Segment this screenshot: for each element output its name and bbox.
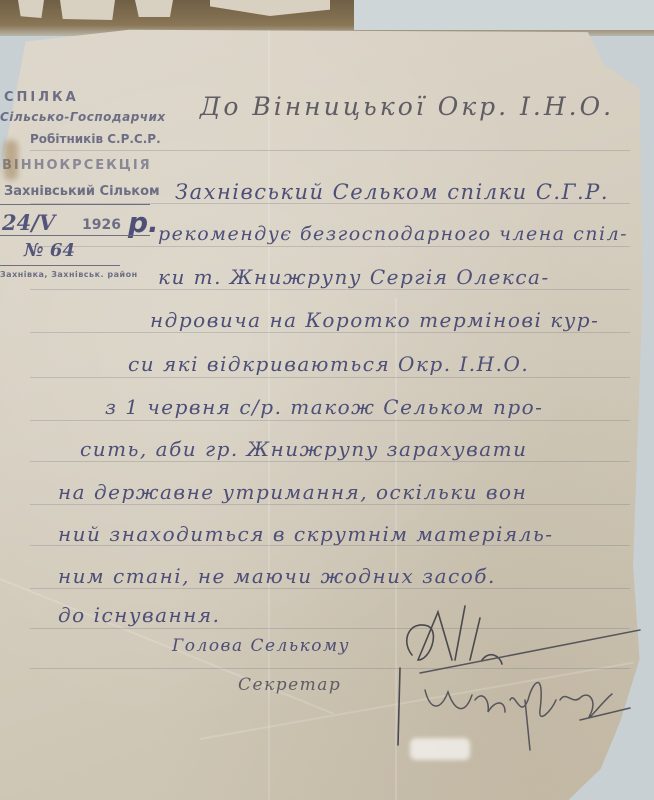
stamp-rule (0, 235, 150, 236)
ruled-line (30, 246, 630, 247)
stamp-line: Робітників С.Р.С.Р. (30, 132, 161, 146)
chairman-label: Голова Селькому (172, 636, 350, 656)
body-line: на державне утримання, оскільки вон (58, 480, 527, 504)
stamp-rule (0, 265, 120, 266)
paper-scrap (60, 0, 115, 20)
stamp-number: № 64 (24, 240, 75, 261)
stamp-line: Заxнівський Сільком (4, 184, 160, 199)
body-line: до існування. (58, 603, 220, 627)
stamp-year: 1926 (82, 217, 121, 233)
body-line: си які відкриваються Окр. І.Н.О. (128, 352, 529, 376)
ruled-line (30, 150, 630, 151)
ruled-line (30, 588, 630, 589)
secretary-label: Секретар (238, 675, 341, 695)
body-line: з 1 червня с/р. також Сельком про- (105, 395, 543, 419)
stamp-line: СПІЛКА (4, 90, 79, 105)
paper-scrap (135, 0, 173, 17)
ruled-line (30, 504, 630, 505)
body-line: ки т. Жнижрупу Сергія Олекса- (158, 265, 550, 289)
stamp-line: ВІННОКРСЕКЦІЯ (2, 158, 152, 173)
ruled-line (30, 628, 630, 629)
body-line: ний знаходиться в скрутнім матеріяль- (58, 522, 553, 546)
ruled-line (30, 668, 630, 669)
ruled-line (30, 332, 630, 333)
paper-damage (410, 738, 470, 760)
background-table (354, 0, 654, 30)
stain (4, 140, 18, 180)
stamp-line: Заxнівка, Заxнівськ. район (0, 270, 138, 279)
ruled-line (30, 461, 630, 462)
body-line: сить, аби гр. Жнижрупу зараxувати (80, 437, 528, 461)
stamp-rule (0, 204, 150, 205)
paper-scrap (18, 0, 44, 18)
ruled-line (30, 289, 630, 290)
fold-crease (200, 662, 634, 740)
ruled-line (30, 420, 630, 421)
addressee: До Вінницької Окр. І.Н.О. (200, 92, 614, 121)
body-line: ндровича на Коротко терміновi кур- (150, 308, 599, 332)
body-line: Заxнівський Сельком спілки С.Г.Р. (175, 180, 609, 204)
stamp-line: Сільсько-Господарчих (0, 110, 166, 124)
body-line: ним стані, не маючи жодних засоб. (58, 564, 496, 588)
body-line: рекомендує безгосподарного члена спіл- (158, 223, 628, 245)
ruled-line (30, 377, 630, 378)
stamp-date: 24/V (2, 210, 55, 235)
